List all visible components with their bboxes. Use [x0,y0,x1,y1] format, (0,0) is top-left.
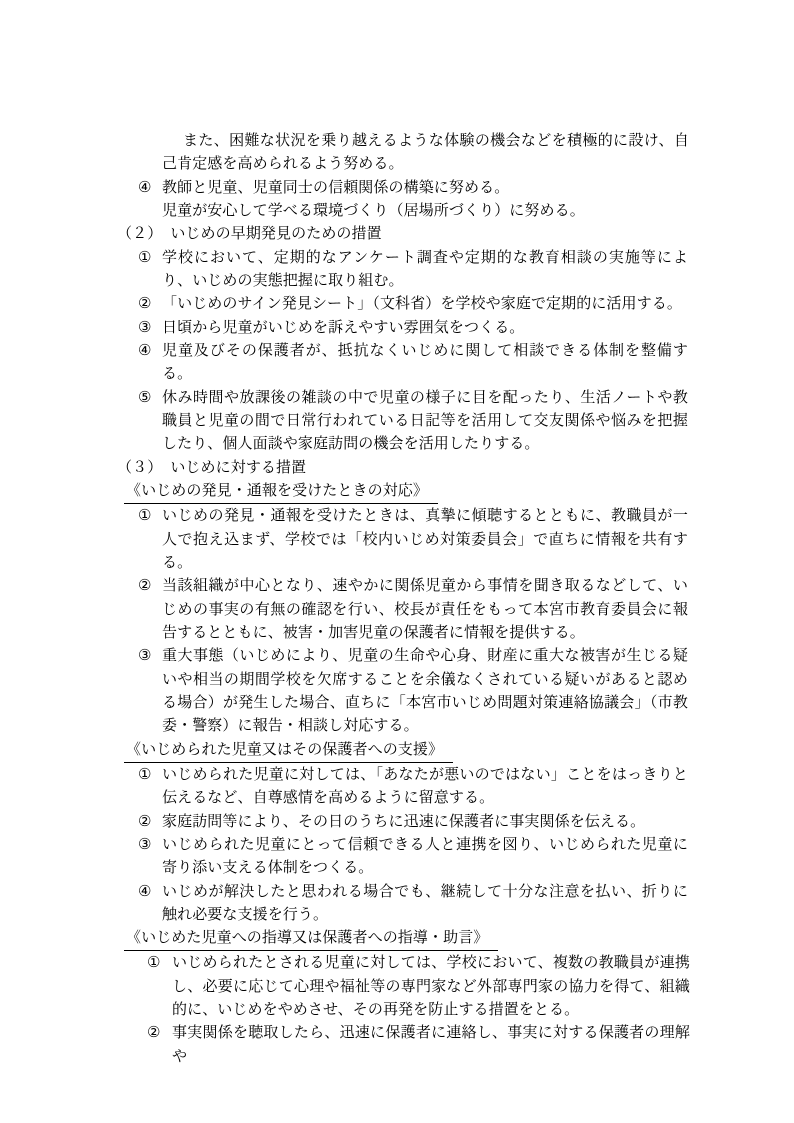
block-text: 児童が安心して学べる環境づくり（居場所づくり）に努める。 [162,201,585,219]
block-text: 「いじめのサイン発見シート」（文科省）を学校や家庭で定期的に活用する。 [162,292,688,315]
section-title: いじめに対する措置 [170,458,306,476]
item-number: ④ [138,880,152,903]
block-text: 休み時間や放課後の雑談の中で児童の様子に目を配ったり、生活ノートや教職員と児童の… [162,386,688,456]
section-heading: （２）いじめの早期発見のための措置 [117,222,689,245]
block-text: また、困難な状況を乗り越えるような体験の機会などを積極的に設け、自己肯定感を高め… [162,131,689,172]
list-item: ②「いじめのサイン発見シート」（文科省）を学校や家庭で定期的に活用する。 [138,292,794,315]
list-item: ①いじめの発見・通報を受けたときは、真摯に傾聴するとともに、教職員が一人で抱え込… [138,504,794,574]
section-number: （２） [117,224,162,242]
item-number: ③ [138,644,152,667]
block-text: 日頃から児童がいじめを訴えやすい雰囲気をつくる。 [162,316,688,339]
subsection-heading: 《いじめた児童への指導又は保護者への指導・助言》 [126,926,689,951]
list-item: ①いじめられた児童に対しては、「あなたが悪いのではない」ことをはっきりと伝えるな… [138,763,794,810]
item-number: ② [147,1021,161,1044]
list-item: ③重大事態（いじめにより、児童の生命や心身、財産に重大な被害が生じる疑いや相当の… [138,644,794,737]
item-number: ④ [138,339,152,362]
list-item: ②当該組織が中心となり、速やかに関係児童から事情を聞き取るなどして、いじめの事実… [138,574,794,644]
item-number: ② [138,292,152,315]
block-text: 家庭訪問等により、その日のうちに迅速に保護者に事実関係を伝える。 [162,810,688,833]
subsection-heading: 《いじめられた児童又はその保護者への支援》 [126,738,689,763]
block-text: いじめられたとされる児童に対しては、学校において、複数の教職員が連携し、必要に応… [172,951,690,1021]
list-item: ②家庭訪問等により、その日のうちに迅速に保護者に事実関係を伝える。 [138,810,794,833]
subsection-title: 《いじめられた児童又はその保護者への支援》 [124,738,453,763]
block-text: 学校において、定期的なアンケート調査や定期的な教育相談の実施等により、いじめの実… [162,246,688,293]
block-text: 児童及びその保護者が、抵抗なくいじめに関して相談できる体制を整備する。 [162,339,688,386]
paragraph: 児童が安心して学べる環境づくり（居場所づくり）に努める。 [162,199,689,222]
item-number: ④ [138,176,152,199]
item-number: ① [138,763,152,786]
list-item: ④いじめが解決したと思われる場合でも、継続して十分な注意を払い、折りに触れ必要な… [138,880,794,927]
list-item: ③いじめられた児童にとって信頼できる人と連携を図り、いじめられた児童に寄り添い支… [138,833,794,880]
section-heading: （３）いじめに対する措置 [117,456,689,479]
document-page: また、困難な状況を乗り越えるような体験の機会などを積極的に設け、自己肯定感を高め… [0,0,794,1123]
list-item: ④児童及びその保護者が、抵抗なくいじめに関して相談できる体制を整備する。 [138,339,794,386]
section-number: （３） [117,458,162,476]
block-text: いじめが解決したと思われる場合でも、継続して十分な注意を払い、折りに触れ必要な支… [162,880,688,927]
item-number: ② [138,574,152,597]
item-number: ⑤ [138,386,152,409]
list-item: ④教師と児童、児童同士の信頼関係の構築に努める。 [138,176,794,199]
item-number: ② [138,810,152,833]
list-item: ⑤休み時間や放課後の雑談の中で児童の様子に目を配ったり、生活ノートや教職員と児童… [138,386,794,456]
block-text: 当該組織が中心となり、速やかに関係児童から事情を聞き取るなどして、いじめの事実の… [162,574,688,644]
section-title: いじめの早期発見のための措置 [170,224,381,242]
item-number: ③ [138,316,152,339]
block-text: 重大事態（いじめにより、児童の生命や心身、財産に重大な被害が生じる疑いや相当の期… [162,644,688,737]
block-text: いじめられた児童にとって信頼できる人と連携を図り、いじめられた児童に寄り添い支え… [162,833,688,880]
item-number: ① [147,951,161,974]
block-text: 事実関係を聴取したら、迅速に保護者に連絡し、事実に対する保護者の理解や [172,1021,690,1068]
block-text: 教師と児童、児童同士の信頼関係の構築に努める。 [162,176,688,199]
subsection-heading: 《いじめの発見・通報を受けたときの対応》 [126,479,689,504]
item-number: ③ [138,833,152,856]
block-text: いじめられた児童に対しては、「あなたが悪いのではない」ことをはっきりと伝えるなど… [162,763,688,810]
list-item: ②事実関係を聴取したら、迅速に保護者に連絡し、事実に対する保護者の理解や [147,1021,794,1068]
subsection-title: 《いじめの発見・通報を受けたときの対応》 [124,479,438,504]
list-item: ①学校において、定期的なアンケート調査や定期的な教育相談の実施等により、いじめの… [138,246,794,293]
paragraph: また、困難な状況を乗り越えるような体験の機会などを積極的に設け、自己肯定感を高め… [162,129,689,176]
subsection-title: 《いじめた児童への指導又は保護者への指導・助言》 [124,926,498,951]
list-item: ③日頃から児童がいじめを訴えやすい雰囲気をつくる。 [138,316,794,339]
item-number: ① [138,246,152,269]
list-item: ①いじめられたとされる児童に対しては、学校において、複数の教職員が連携し、必要に… [147,951,794,1021]
block-text: いじめの発見・通報を受けたときは、真摯に傾聴するとともに、教職員が一人で抱え込ま… [162,504,688,574]
item-number: ① [138,504,152,527]
document-body: また、困難な状況を乗り越えるような体験の機会などを積極的に設け、自己肯定感を高め… [0,129,794,1068]
